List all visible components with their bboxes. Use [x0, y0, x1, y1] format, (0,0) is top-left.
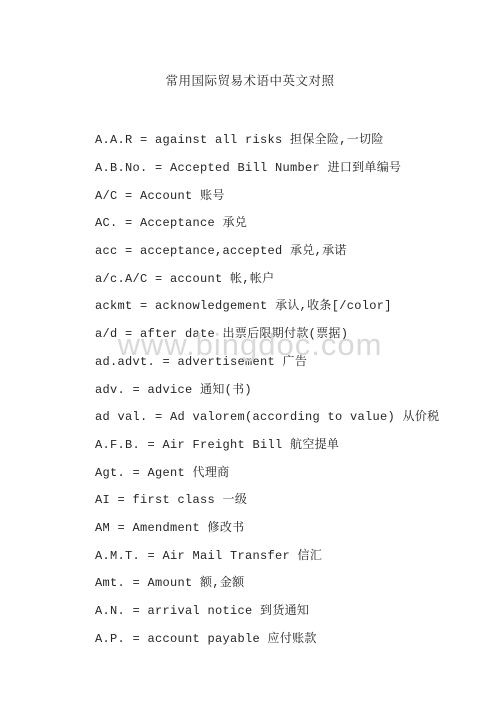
- glossary-line: Amt. = Amount 额,金额: [95, 568, 480, 596]
- glossary-line: A.P. = account payable 应付账款: [95, 623, 480, 651]
- glossary-line: adv. = advice 通知(书): [95, 374, 480, 402]
- glossary-line: Agt. = Agent 代理商: [95, 457, 480, 485]
- glossary-list: A.A.R = against all risks 担保全险,一切险 A.B.N…: [95, 125, 480, 651]
- glossary-line: AC. = Acceptance 承兑: [95, 208, 480, 236]
- glossary-line: A.A.R = against all risks 担保全险,一切险: [95, 125, 480, 153]
- glossary-line: ad.advt. = advertisement 广告: [95, 347, 480, 375]
- document-title: 常用国际贸易术语中英文对照: [0, 71, 500, 89]
- glossary-line: a/c.A/C = account 帐,帐户: [95, 263, 480, 291]
- glossary-line: A.N. = arrival notice 到货通知: [95, 596, 480, 624]
- glossary-line: A.M.T. = Air Mail Transfer 信汇: [95, 540, 480, 568]
- glossary-line: a/d = after date 出票后限期付款(票据): [95, 319, 480, 347]
- glossary-line: acc = acceptance,accepted 承兑,承诺: [95, 236, 480, 264]
- glossary-line: AM = Amendment 修改书: [95, 513, 480, 541]
- glossary-line: AI = first class 一级: [95, 485, 480, 513]
- glossary-line: ad val. = Ad valorem(according to value)…: [95, 402, 480, 430]
- glossary-line: ackmt = acknowledgement 承认,收条[/color]: [95, 291, 480, 319]
- document-page: 常用国际贸易术语中英文对照 A.A.R = against all risks …: [0, 0, 500, 708]
- glossary-line: A.F.B. = Air Freight Bill 航空提单: [95, 430, 480, 458]
- glossary-line: A.B.No. = Accepted Bill Number 进口到单编号: [95, 153, 480, 181]
- glossary-line: A/C = Account 账号: [95, 180, 480, 208]
